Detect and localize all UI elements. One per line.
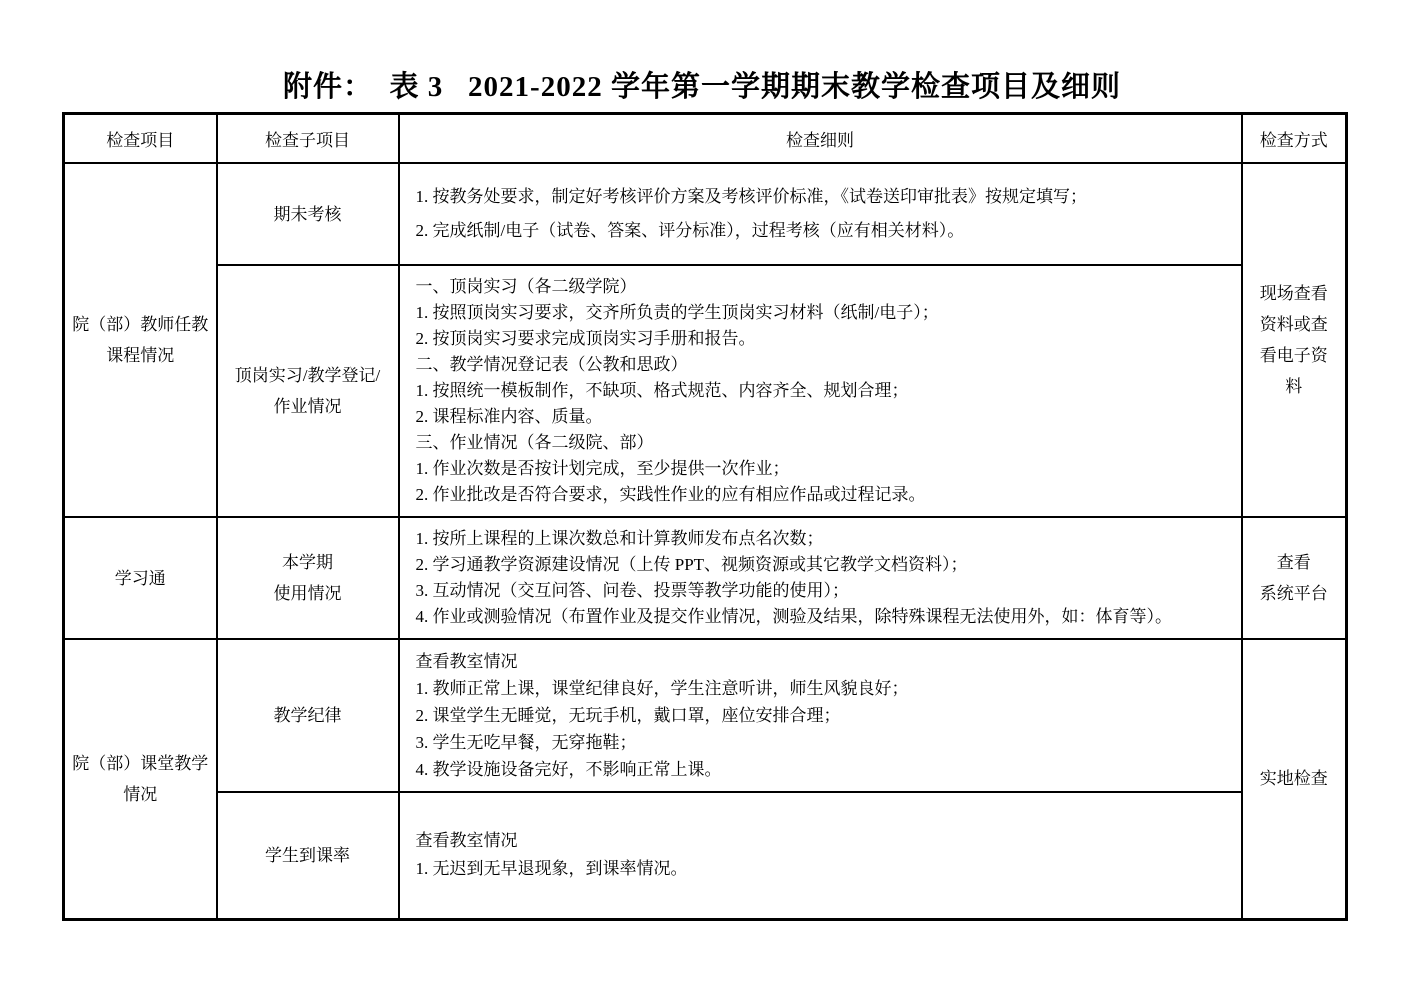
cell-group1-row2-sub-item: 顶岗实习/教学登记/ 作业情况 [217,265,399,517]
table-row: 学习通 本学期 使用情况 1. 按所上课程的上课次数总和计算教师发布点名次数； … [64,517,1347,639]
header-inspection-item: 检查项目 [64,114,217,164]
table-row: 学生到课率 查看教室情况 1. 无迟到无早退现象，到课率情况。 [64,792,1347,919]
header-inspection-sub-item: 检查子项目 [217,114,399,164]
cell-group1-method: 现场查看 资料或查 看电子资 料 [1242,163,1347,517]
cell-group2-row1-sub-item: 本学期 使用情况 [217,517,399,639]
header-inspection-details: 检查细则 [399,114,1242,164]
cell-group2-method: 查看 系统平台 [1242,517,1347,639]
table-row: 院（部）教师任教 课程情况 期未考核 1. 按教务处要求，制定好考核评价方案及考… [64,163,1347,265]
table-row: 院（部）课堂教学 情况 教学纪律 查看教室情况 1. 教师正常上课，课堂纪律良好… [64,639,1347,792]
cell-group3-item: 院（部）课堂教学 情况 [64,639,217,919]
header-inspection-method: 检查方式 [1242,114,1347,164]
page: { "title": "附件： 表 3 2021-2022 学年第一学期期末教学… [0,0,1404,993]
cell-group3-row1-sub-item: 教学纪律 [217,639,399,792]
cell-group3-row1-details: 查看教室情况 1. 教师正常上课，课堂纪律良好，学生注意听讲，师生风貌良好； 2… [399,639,1242,792]
cell-group2-item: 学习通 [64,517,217,639]
cell-group1-item: 院（部）教师任教 课程情况 [64,163,217,517]
cell-group1-row1-sub-item: 期未考核 [217,163,399,265]
cell-group3-row2-sub-item: 学生到课率 [217,792,399,919]
cell-group1-row2-details: 一、顶岗实习（各二级学院） 1. 按照顶岗实习要求，交齐所负责的学生顶岗实习材料… [399,265,1242,517]
page-title: 附件： 表 3 2021-2022 学年第一学期期末教学检查项目及细则 [0,64,1404,105]
cell-group3-row2-details: 查看教室情况 1. 无迟到无早退现象，到课率情况。 [399,792,1242,919]
inspection-table: 检查项目 检查子项目 检查细则 检查方式 院（部）教师任教 课程情况 期未考核 … [62,112,1348,921]
cell-group3-method: 实地检查 [1242,639,1347,919]
table-header-row: 检查项目 检查子项目 检查细则 检查方式 [64,114,1347,164]
table-row: 顶岗实习/教学登记/ 作业情况 一、顶岗实习（各二级学院） 1. 按照顶岗实习要… [64,265,1347,517]
cell-group1-row1-details: 1. 按教务处要求，制定好考核评价方案及考核评价标准，《试卷送印审批表》按规定填… [399,163,1242,265]
cell-group2-row1-details: 1. 按所上课程的上课次数总和计算教师发布点名次数； 2. 学习通教学资源建设情… [399,517,1242,639]
